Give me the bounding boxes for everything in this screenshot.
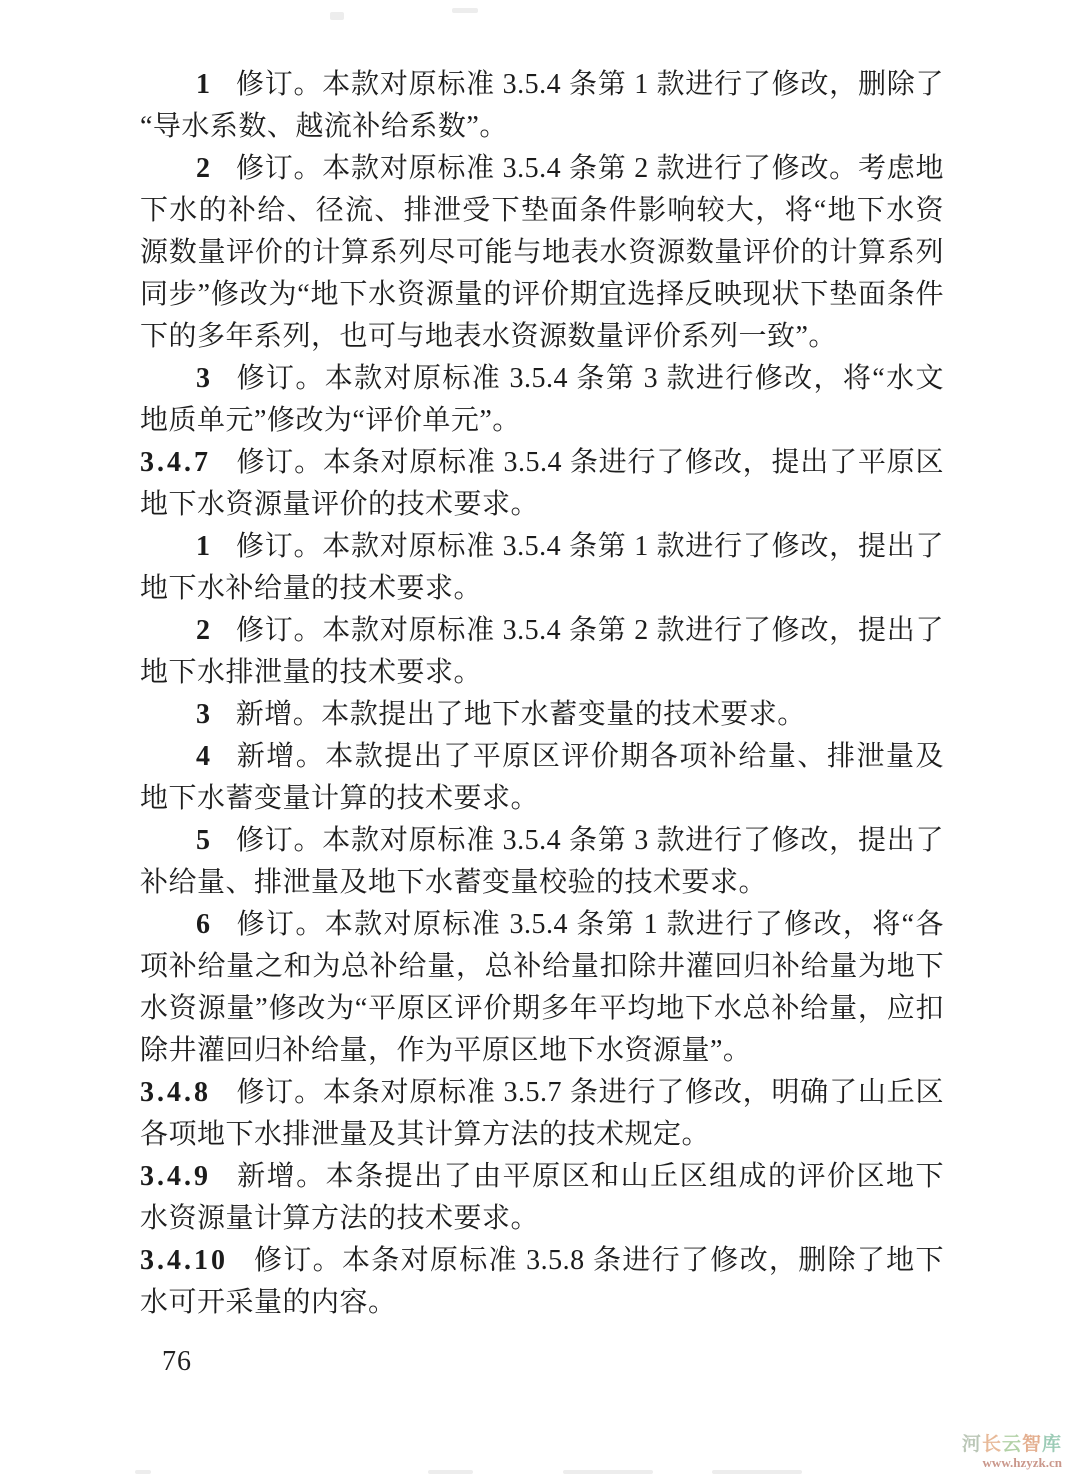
clause-paragraph: 3.4.9新增。本条提出了由平原区和山丘区组成的评价区地下水资源量计算方法的技术… [140, 1156, 944, 1240]
sub-clause-paragraph: 1修订。本款对原标准 3.5.4 条第 1 款进行了修改，提出了地下水补给量的技… [140, 526, 944, 610]
clause-number: 1 [196, 531, 211, 562]
clause-paragraph: 3.4.10修订。本条对原标准 3.5.8 条进行了修改，删除了地下水可开采量的… [140, 1240, 944, 1324]
clause-number: 1 [196, 69, 211, 100]
clause-number: 2 [196, 615, 211, 646]
clause-text: 修订。本款对原标准 3.5.4 条第 3 款进行了修改，提出了补给量、排泄量及地… [140, 825, 944, 898]
clause-number: 3 [196, 699, 211, 730]
clause-number: 4 [196, 741, 211, 772]
clause-paragraph: 3.4.7修订。本条对原标准 3.5.4 条进行了修改，提出了平原区地下水资源量… [140, 442, 944, 526]
sub-clause-paragraph: 3新增。本款提出了地下水蓄变量的技术要求。 [140, 694, 944, 736]
document-page: 1修订。本款对原标准 3.5.4 条第 1 款进行了修改，删除了“导水系数、越流… [0, 0, 1080, 1478]
clause-number: 2 [196, 153, 211, 184]
scan-artifact [330, 12, 344, 20]
clause-number: 3.4.7 [140, 447, 211, 478]
clause-text: 修订。本款对原标准 3.5.4 条第 2 款进行了修改，提出了地下水排泄量的技术… [140, 615, 944, 688]
scan-artifact [563, 1470, 653, 1474]
clause-text: 新增。本款提出了地下水蓄变量的技术要求。 [236, 699, 806, 730]
sub-clause-paragraph: 4新增。本款提出了平原区评价期各项补给量、排泄量及地下水蓄变量计算的技术要求。 [140, 736, 944, 820]
clause-text: 修订。本款对原标准 3.5.4 条第 3 款进行修改，将“水文地质单元”修改为“… [140, 363, 944, 436]
sub-clause-paragraph: 3修订。本款对原标准 3.5.4 条第 3 款进行修改，将“水文地质单元”修改为… [140, 358, 944, 442]
clause-number: 3.4.8 [140, 1077, 211, 1108]
document-body: 1修订。本款对原标准 3.5.4 条第 1 款进行了修改，删除了“导水系数、越流… [140, 64, 944, 1324]
clause-text: 新增。本条提出了由平原区和山丘区组成的评价区地下水资源量计算方法的技术要求。 [140, 1161, 944, 1234]
sub-clause-paragraph: 2修订。本款对原标准 3.5.4 条第 2 款进行了修改。考虑地下水的补给、径流… [140, 148, 944, 358]
clause-number: 6 [196, 909, 211, 940]
watermark-url: www.hzyzk.cn [962, 1456, 1062, 1470]
scan-artifact [452, 8, 478, 13]
sub-clause-paragraph: 6修订。本款对原标准 3.5.4 条第 1 款进行了修改，将“各项补给量之和为总… [140, 904, 944, 1072]
sub-clause-paragraph: 2修订。本款对原标准 3.5.4 条第 2 款进行了修改，提出了地下水排泄量的技… [140, 610, 944, 694]
clause-text: 修订。本条对原标准 3.5.4 条进行了修改，提出了平原区地下水资源量评价的技术… [140, 447, 944, 520]
clause-text: 修订。本款对原标准 3.5.4 条第 2 款进行了修改。考虑地下水的补给、径流、… [140, 153, 944, 352]
clause-text: 修订。本款对原标准 3.5.4 条第 1 款进行了修改，提出了地下水补给量的技术… [140, 531, 944, 604]
watermark-brand-char: 云 [1002, 1434, 1022, 1455]
scan-artifact [712, 1470, 802, 1474]
sub-clause-paragraph: 1修订。本款对原标准 3.5.4 条第 1 款进行了修改，删除了“导水系数、越流… [140, 64, 944, 148]
clause-paragraph: 3.4.8修订。本条对原标准 3.5.7 条进行了修改，明确了山丘区各项地下水排… [140, 1072, 944, 1156]
clause-text: 修订。本款对原标准 3.5.4 条第 1 款进行了修改，删除了“导水系数、越流补… [140, 69, 944, 142]
clause-number: 3.4.10 [140, 1245, 228, 1276]
scan-artifact [135, 1470, 151, 1474]
sub-clause-paragraph: 5修订。本款对原标准 3.5.4 条第 3 款进行了修改，提出了补给量、排泄量及… [140, 820, 944, 904]
clause-text: 修订。本条对原标准 3.5.7 条进行了修改，明确了山丘区各项地下水排泄量及其计… [140, 1077, 944, 1150]
clause-number: 3 [196, 363, 211, 394]
clause-text: 修订。本条对原标准 3.5.8 条进行了修改，删除了地下水可开采量的内容。 [140, 1245, 944, 1318]
clause-text: 新增。本款提出了平原区评价期各项补给量、排泄量及地下水蓄变量计算的技术要求。 [140, 741, 944, 814]
page-number: 76 [162, 1346, 192, 1378]
clause-number: 3.4.9 [140, 1161, 211, 1192]
watermark-brand: 河长云智库 [962, 1435, 1062, 1456]
scan-artifact [428, 1470, 473, 1474]
watermark-brand-char: 智 [1022, 1434, 1042, 1455]
clause-text: 修订。本款对原标准 3.5.4 条第 1 款进行了修改，将“各项补给量之和为总补… [140, 909, 944, 1066]
watermark-brand-char: 河 [962, 1434, 982, 1455]
clause-number: 5 [196, 825, 211, 856]
watermark: 河长云智库 www.hzyzk.cn [962, 1435, 1062, 1470]
watermark-brand-char: 库 [1042, 1434, 1062, 1455]
watermark-brand-char: 长 [982, 1434, 1002, 1455]
